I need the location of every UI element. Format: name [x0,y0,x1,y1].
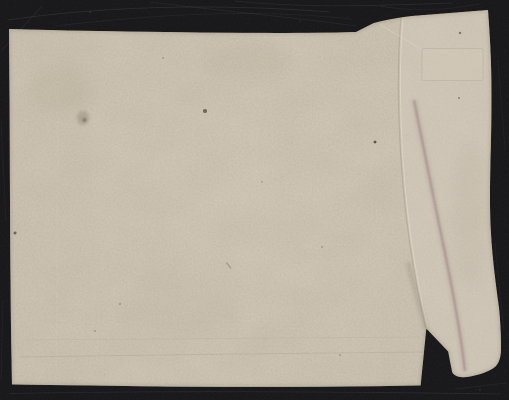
speck [162,57,164,59]
speck [119,303,121,305]
speck [14,232,17,235]
photo-backdrop [0,0,509,400]
speck [458,97,460,99]
stain-smudge [77,111,89,125]
dust-speck [89,11,90,12]
speck [94,330,96,332]
stamp-impression-fill [422,49,483,81]
speck [261,181,263,183]
dust-speck [479,389,480,390]
dust-speck [299,20,300,21]
speck [339,354,341,356]
paper-fragment-photo [0,0,509,400]
stain-core [82,118,86,122]
tone-patch [208,47,292,77]
tone-patch [30,68,90,112]
tone-patch [452,143,488,287]
speck [459,32,461,34]
speck [374,141,377,144]
tone-patch [118,279,242,331]
speck [321,246,323,248]
speck [203,109,207,113]
